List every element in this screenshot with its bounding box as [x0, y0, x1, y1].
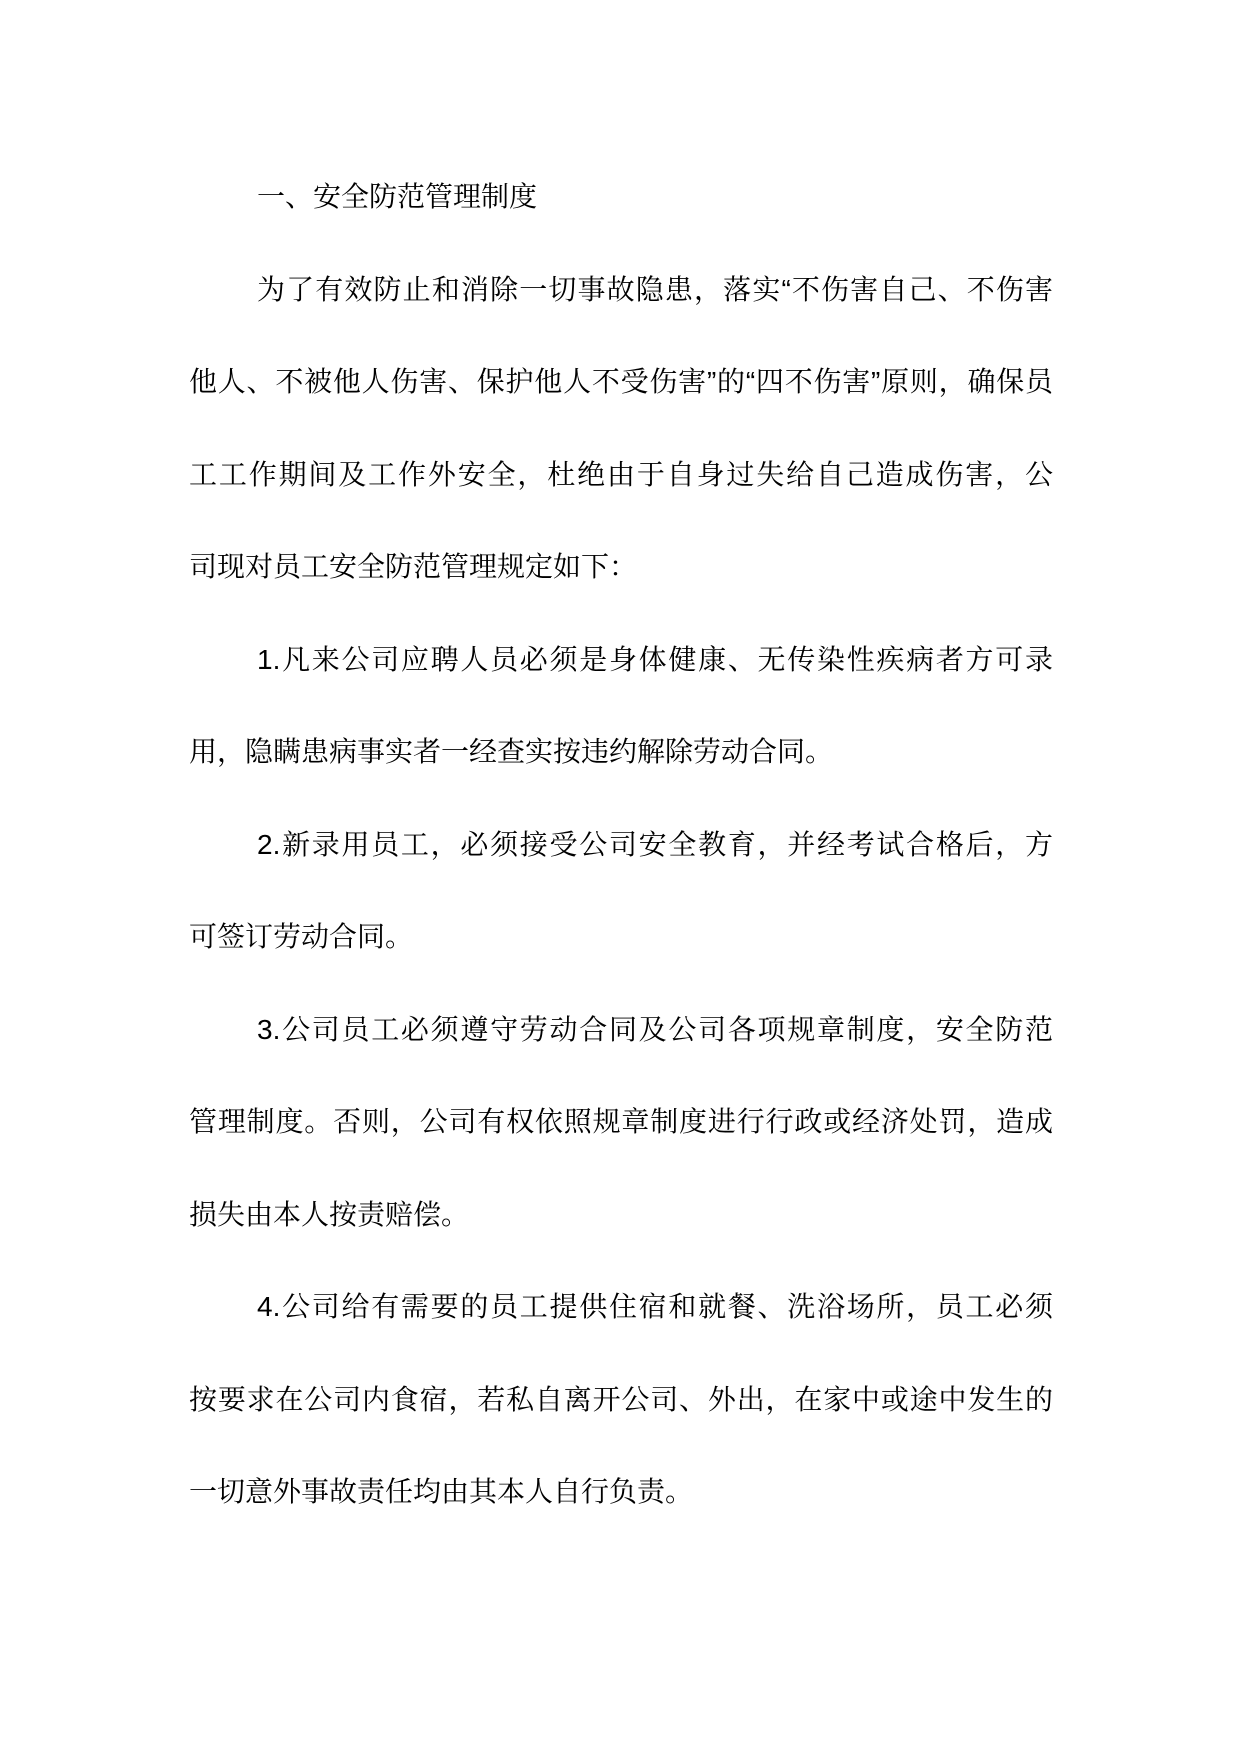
heading: 一、安全防范管理制度: [189, 151, 1053, 244]
rule-3-line-1: 3.公司员工必须遵守劳动合同及公司各项规章制度，安全防范: [189, 984, 1053, 1077]
paragraph-1-line-1: 为了有效防止和消除一切事故隐患，落实“不伤害自己、不伤害: [189, 244, 1053, 337]
paragraph-1-line-2: 他人、不被他人伤害、保护他人不受伤害”的“四不伤害”原则，确保员: [189, 336, 1053, 429]
document-page: 一、安全防范管理制度 为了有效防止和消除一切事故隐患，落实“不伤害自己、不伤害 …: [0, 0, 1241, 1754]
rule-3-line-2: 管理制度。否则，公司有权依照规章制度进行行政或经济处罚，造成: [189, 1076, 1053, 1169]
document-body: 一、安全防范管理制度 为了有效防止和消除一切事故隐患，落实“不伤害自己、不伤害 …: [189, 151, 1053, 1539]
rule-2-line-1: 2.新录用员工，必须接受公司安全教育，并经考试合格后，方: [189, 799, 1053, 892]
paragraph-1-line-3: 工工作期间及工作外安全，杜绝由于自身过失给自己造成伤害，公: [189, 429, 1053, 522]
rule-4-line-1: 4.公司给有需要的员工提供住宿和就餐、洗浴场所，员工必须: [189, 1261, 1053, 1354]
paragraph-1-line-4: 司现对员工安全防范管理规定如下：: [189, 521, 1053, 614]
rule-2-line-2: 可签订劳动合同。: [189, 891, 1053, 984]
rule-4-line-2: 按要求在公司内食宿，若私自离开公司、外出，在家中或途中发生的: [189, 1354, 1053, 1447]
rule-3-line-3: 损失由本人按责赔偿。: [189, 1169, 1053, 1262]
rule-4-line-3: 一切意外事故责任均由其本人自行负责。: [189, 1446, 1053, 1539]
rule-1-line-1: 1.凡来公司应聘人员必须是身体健康、无传染性疾病者方可录: [189, 614, 1053, 707]
rule-1-line-2: 用，隐瞒患病事实者一经查实按违约解除劳动合同。: [189, 706, 1053, 799]
